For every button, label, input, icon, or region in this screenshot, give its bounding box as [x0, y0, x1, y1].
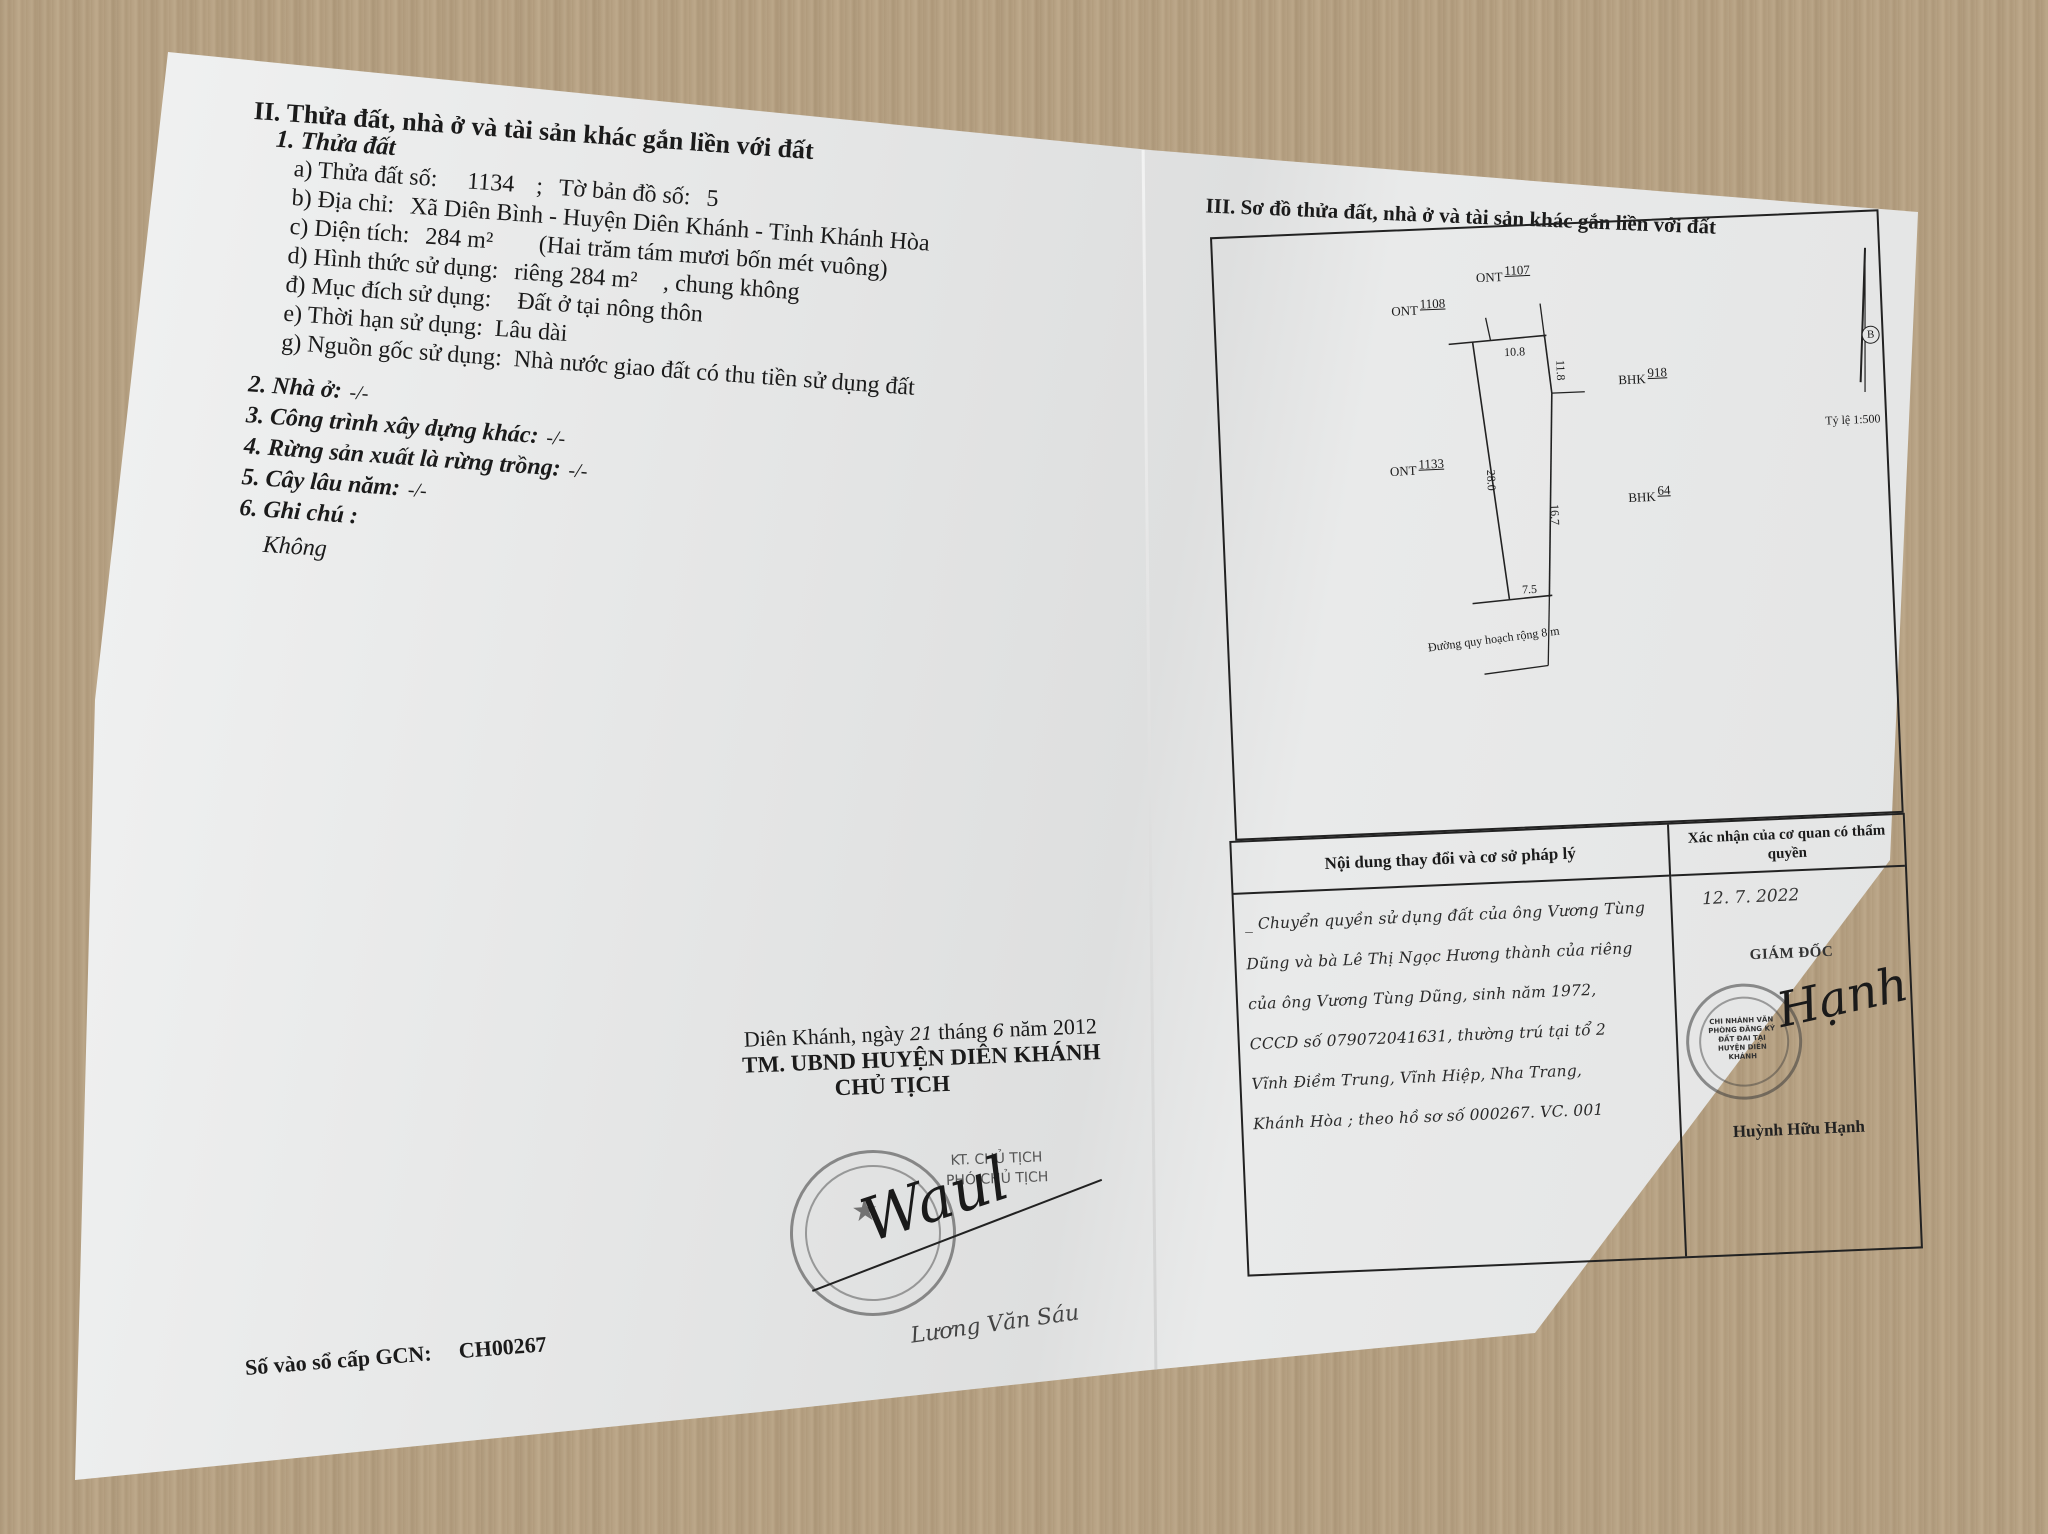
land-type: ONT: [1390, 463, 1417, 479]
item-label: 2. Nhà ở:: [247, 371, 342, 404]
right-page: III. Sơ đồ thửa đất, nhà ở và tài sản kh…: [1192, 161, 1938, 1309]
director-name: Huỳnh Hữu Hạnh: [1682, 1115, 1917, 1145]
dimension-label: 11.8: [1552, 360, 1568, 381]
scale-label: Tỷ lệ 1:500: [1825, 411, 1881, 428]
parcel-number: 1108: [1419, 296, 1445, 312]
change-entry-cell: _ Chuyển quyền sử dụng đất của ông Vương…: [1234, 877, 1688, 1275]
left-page: II. Thửa đất, nhà ở và tài sản khác gắn …: [222, 96, 1013, 610]
area-value: 284 m²: [424, 224, 494, 255]
item-value: -/-: [568, 459, 588, 482]
dimension-label: 16.7: [1546, 504, 1562, 526]
land-type: ONT: [1391, 303, 1418, 319]
separator: ;: [535, 173, 544, 199]
dimension-label: 28.0: [1483, 469, 1499, 491]
land-type: BHK: [1618, 371, 1646, 387]
map-sheet-value: 5: [706, 186, 720, 213]
confirmation-date: 12. 7. 2022: [1702, 881, 1907, 910]
parcel-number: 918: [1647, 364, 1667, 380]
parcel-number: 1133: [1418, 456, 1444, 472]
item-label: 6. Ghi chú :: [239, 495, 359, 529]
neighbor-parcel-label: ONT1108: [1391, 301, 1446, 319]
confirmation-cell: 12. 7. 2022 GIÁM ĐỐC CHI NHÁNH VĂN PHÒNG…: [1671, 867, 1921, 1256]
item-value: -/-: [349, 382, 369, 405]
land-type: BHK: [1628, 489, 1656, 505]
issue-month-label: tháng: [938, 1017, 988, 1044]
dimension-label: 7.5: [1522, 582, 1538, 598]
parcel-sketch: ONT1107 ONT1108 BHK918 ONT1133 BHK64 10.…: [1210, 209, 1904, 840]
issue-month: 6: [992, 1021, 1004, 1042]
neighbor-parcel-label: BHK918: [1618, 370, 1668, 388]
parcel-number: 64: [1657, 482, 1671, 498]
item-value: -/-: [546, 427, 566, 450]
parcel-number-value: 1134: [466, 168, 515, 197]
parcel-number: 1107: [1504, 262, 1530, 278]
land-type: ONT: [1476, 269, 1503, 285]
neighbor-parcel-label: ONT1133: [1390, 462, 1445, 480]
issuer-signature-block: Diên Khánh, ngày 21 tháng 6 năm 2012 TM.…: [710, 1012, 1133, 1106]
term-value: Lâu dài: [494, 316, 568, 347]
change-record-table: Nội dung thay đổi và cơ sở pháp lý Xác n…: [1229, 813, 1923, 1277]
change-entry-text: _ Chuyển quyền sử dụng đất của ông Vương…: [1234, 877, 1680, 1145]
item-value: -/-: [407, 479, 427, 502]
issue-year: năm 2012: [1009, 1013, 1097, 1041]
director-signature: Hạnh: [1772, 956, 1913, 1039]
neighbor-parcel-label: ONT1107: [1476, 268, 1531, 286]
seal-text: CHI NHÁNH VĂN PHÒNG ĐĂNG KÝ ĐẤT ĐAI TẠI …: [1706, 1015, 1778, 1063]
dimension-label: 10.8: [1504, 344, 1526, 360]
issue-day: 21: [910, 1023, 934, 1045]
item-value: [365, 507, 367, 529]
neighbor-parcel-label: BHK64: [1628, 488, 1671, 506]
